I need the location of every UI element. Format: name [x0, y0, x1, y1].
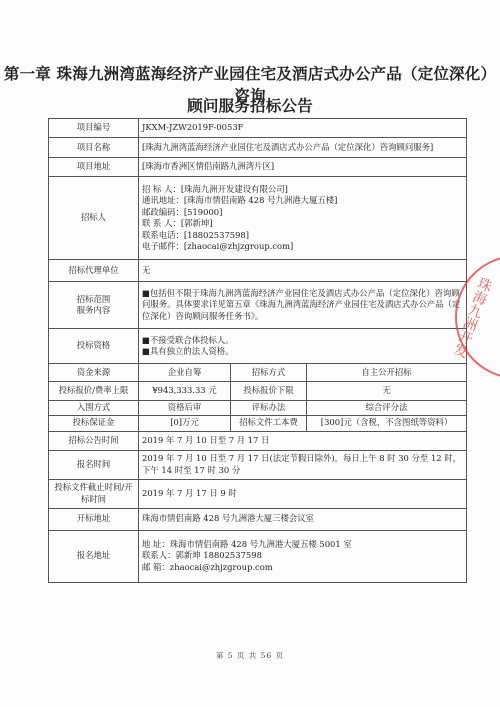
label-tender-method: 招标方式: [231, 364, 307, 382]
label-price-cap: 投标报价/费率上限: [49, 382, 139, 401]
value-deadline: 2019 年 7 月 17 日 9 时: [139, 479, 467, 508]
label-agency: 招标代理单位: [49, 260, 139, 282]
value-registration-time: 2019 年 7 月 10 日至 7 月 17 日(法定节假日除外)，每日上午 …: [139, 450, 467, 479]
tenderer-phone: 联系电话：[18802537598]: [142, 230, 463, 242]
registration-email-line: 邮 箱：zhaocai@zhjzgroup.com: [142, 562, 463, 574]
value-deposit: [0]万元: [139, 415, 231, 431]
page-number: 第 5 页 共 56 页: [0, 650, 500, 661]
label-notice-time: 招标公告时间: [49, 431, 139, 450]
label-tenderer: 招标人: [49, 177, 139, 260]
label-registration-address: 报名地址: [49, 530, 139, 582]
label-qualification: 投标资格: [49, 329, 139, 364]
row-scope: 招标范围 服务内容 ■包括但不限于珠海九洲湾蓝海经济产业园住宅及酒店式办公产品（…: [49, 282, 467, 329]
value-notice-time: 2019 年 7 月 10 日至 7 月 17 日: [139, 431, 467, 450]
tenderer-postcode: 邮政编码：[519000]: [142, 207, 463, 219]
row-price: 投标报价/费率上限 ¥943,333.33 元 投标报价下限 无: [49, 382, 467, 401]
label-scope-line1: 招标范围: [52, 294, 135, 306]
value-shortlist: 资格后审: [139, 401, 231, 416]
row-agency: 招标代理单位 无: [49, 260, 467, 282]
label-deadline-line1: 投标文件截止时间/开: [52, 482, 135, 494]
value-registration-address: 地 址：珠海市情侣南路 428 号九洲港大厦五楼 5001 室 联系人：郭新坤 …: [139, 530, 467, 582]
registration-address-line: 地 址：珠海市情侣南路 428 号九洲港大厦五楼 5001 室: [142, 539, 463, 551]
value-funding: 企业自筹: [139, 364, 231, 382]
registration-time-line-2: 下午 14 时至 17 时 30 分: [142, 465, 463, 477]
value-doc-fee: [300]元（含税，不含图纸等资料）: [307, 415, 467, 431]
value-tender-method: 自主公开招标: [307, 364, 467, 382]
value-project-no: JKXM-JZW2019F-0053F: [139, 119, 467, 138]
qualification-line-2: ■具有独立的法人资格。: [142, 346, 463, 358]
row-project-address: 项目地址 [珠海市香洲区情侣南路九洲湾片区]: [49, 158, 467, 177]
label-registration-time: 报名时间: [49, 450, 139, 479]
label-scope-line2: 服务内容: [52, 305, 135, 317]
label-project-name: 项目名称: [49, 138, 139, 158]
row-funding: 资金来源 企业自筹 招标方式 自主公开招标: [49, 364, 467, 382]
label-project-address: 项目地址: [49, 158, 139, 177]
tenderer-name: 招 标 人：[珠海九洲开发建设有限公司]: [142, 184, 463, 196]
tenderer-address: 通讯地址：[珠海市情侣南路 428 号九洲港大厦五楼]: [142, 195, 463, 207]
label-shortlist: 入围方式: [49, 401, 139, 416]
value-price-cap: ¥943,333.33 元: [139, 382, 231, 401]
row-notice-time: 招标公告时间 2019 年 7 月 10 日至 7 月 17 日: [49, 431, 467, 450]
row-deposit: 投标保证金 [0]万元 招标文件工本费 [300]元（含税，不含图纸等资料）: [49, 415, 467, 431]
value-qualification: ■不接受联合体投标人。 ■具有独立的法人资格。: [139, 329, 467, 364]
label-deposit: 投标保证金: [49, 415, 139, 431]
row-opening-address: 开标地址 珠海市情侣南路 428 号九洲港大厦三楼会议室: [49, 508, 467, 530]
registration-contact-line: 联系人：郭新坤 18802537598: [142, 550, 463, 562]
row-registration-address: 报名地址 地 址：珠海市情侣南路 428 号九洲港大厦五楼 5001 室 联系人…: [49, 530, 467, 582]
row-project-name: 项目名称 [珠海九洲湾蓝海经济产业园住宅及酒店式办公产品（定位深化）咨询顾问服务…: [49, 138, 467, 158]
tender-notice-table: 项目编号 JKXM-JZW2019F-0053F 项目名称 [珠海九洲湾蓝海经济…: [48, 118, 467, 583]
label-evaluation: 评标办法: [231, 401, 307, 416]
label-scope: 招标范围 服务内容: [49, 282, 139, 329]
qualification-line-1: ■不接受联合体投标人。: [142, 335, 463, 347]
value-evaluation: 综合评分法: [307, 401, 467, 416]
row-project-no: 项目编号 JKXM-JZW2019F-0053F: [49, 119, 467, 138]
row-tenderer: 招标人 招 标 人：[珠海九洲开发建设有限公司] 通讯地址：[珠海市情侣南路 4…: [49, 177, 467, 260]
label-price-floor: 投标报价下限: [231, 382, 307, 401]
chapter-title-line2: 顾问服务招标公告: [0, 94, 500, 116]
label-opening-address: 开标地址: [49, 508, 139, 530]
tenderer-email: 电子邮件：[zhaocai@zhjzgroup.com]: [142, 241, 463, 253]
label-deadline: 投标文件截止时间/开 标时间: [49, 479, 139, 508]
value-project-name: [珠海九洲湾蓝海经济产业园住宅及酒店式办公产品（定位深化）咨询顾问服务]: [139, 138, 467, 158]
value-project-address: [珠海市香洲区情侣南路九洲湾片区]: [139, 158, 467, 177]
label-deadline-line2: 标时间: [52, 494, 135, 506]
value-opening-address: 珠海市情侣南路 428 号九洲港大厦三楼会议室: [139, 508, 467, 530]
value-price-floor: 无: [307, 382, 467, 401]
label-funding: 资金来源: [49, 364, 139, 382]
row-registration-time: 报名时间 2019 年 7 月 10 日至 7 月 17 日(法定节假日除外)，…: [49, 450, 467, 479]
registration-time-line-1: 2019 年 7 月 10 日至 7 月 17 日(法定节假日除外)，每日上午 …: [142, 453, 463, 465]
value-agency: 无: [139, 260, 467, 282]
row-shortlist: 入围方式 资格后审 评标办法 综合评分法: [49, 401, 467, 416]
tenderer-contact: 联 系 人：[郭新坤]: [142, 218, 463, 230]
label-doc-fee: 招标文件工本费: [231, 415, 307, 431]
value-scope: ■包括但不限于珠海九洲湾蓝海经济产业园住宅及酒店式办公产品（定位深化）咨询顾问服…: [139, 282, 467, 329]
row-qualification: 投标资格 ■不接受联合体投标人。 ■具有独立的法人资格。: [49, 329, 467, 364]
label-project-no: 项目编号: [49, 119, 139, 138]
value-tenderer: 招 标 人：[珠海九洲开发建设有限公司] 通讯地址：[珠海市情侣南路 428 号…: [139, 177, 467, 260]
row-deadline: 投标文件截止时间/开 标时间 2019 年 7 月 17 日 9 时: [49, 479, 467, 508]
